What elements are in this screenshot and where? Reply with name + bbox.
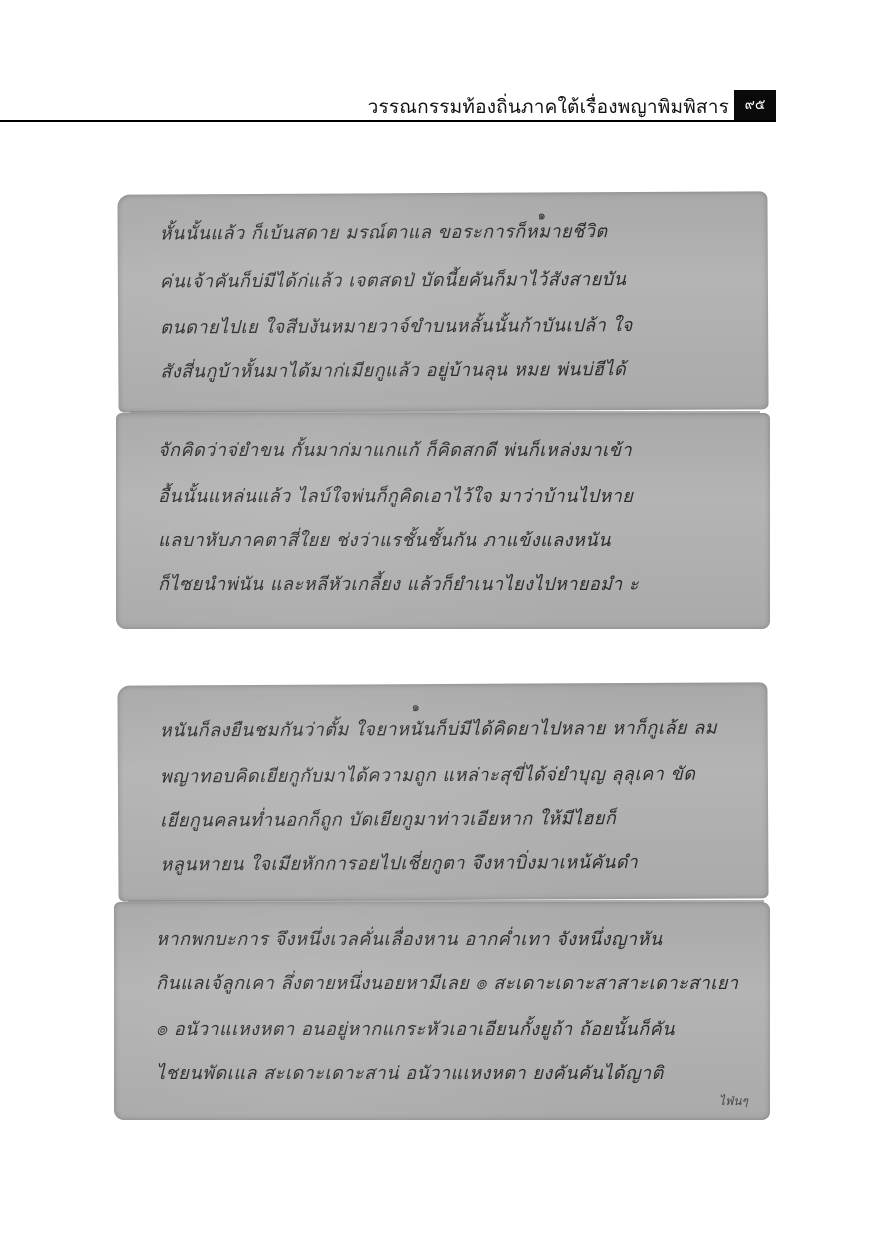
manuscript-line: ตนดายไปเย ใจสีบงันหมายวาจ์ขำบนหลั้นนั้นก… bbox=[160, 309, 738, 346]
manuscript-line: แลบาหับภาคตาสี่ใยย ช่งว่าแรชั้นชั้นกัน ภ… bbox=[158, 525, 740, 559]
header-rule bbox=[0, 120, 776, 122]
manuscript-photo-1: ๑ หั้นนั้นแล้ว ก็เบ้นสดาย มรณ์ตาแล ขอระก… bbox=[116, 193, 772, 633]
page-number-badge: ๙๕ bbox=[734, 90, 776, 121]
manuscript-line: อื้นนั้นแหล่นแล้ว ไลบ์ใจพ่นก็กูคิดเอาไว้… bbox=[158, 481, 740, 515]
manuscript-line: หลูนหายน ใจเมียหักการอยไปเชี่ยกูตา จึงหา… bbox=[160, 846, 738, 883]
manuscript-line: ค่นเจ้าคันก็บ่มีได้ก่แล้ว เจตสดป่ บัดนี้… bbox=[160, 263, 738, 300]
manuscript-1-lower-panel: จักคิดว่าจ่ยำขน กั้นมาก่มาแกแก้ ก็คิดสกด… bbox=[116, 413, 770, 629]
manuscript-line: หั้นนั้นแล้ว ก็เบ้นสดาย มรณ์ตาแล ขอระการ… bbox=[160, 215, 738, 252]
corner-annotation: ไฟ่นๆ bbox=[719, 1092, 748, 1111]
manuscript-line: เยียกูนคลนท่ำนอกก็ถูก บัดเยียกูมาท่าวเอี… bbox=[160, 802, 738, 839]
folio-mark: ๑ bbox=[411, 696, 419, 717]
folio-mark: ๑ bbox=[537, 204, 545, 225]
manuscript-line: หนันก็ลงยืนชมกันว่าตั้ม ใจยาหนันก็บ่มีได… bbox=[160, 712, 738, 749]
manuscript-line: จักคิดว่าจ่ยำขน กั้นมาก่มาแกแก้ ก็คิดสกด… bbox=[158, 435, 740, 469]
manuscript-line: ไชยนพัดเแล สะเดาะเดาะสาน่ อนัวาแเหงหตา ย… bbox=[156, 1058, 740, 1092]
manuscript-line: สังสี่นกูบ้าหั้นมาได้มาก่เมียกูแล้ว อยู่… bbox=[160, 353, 738, 390]
manuscript-line: กินแลเจ้ลูกเคา ลึ่งตายหนึ่งนอยหามีเลย ๏ … bbox=[156, 968, 740, 1002]
manuscript-photo-2: ๑ หนันก็ลงยืนชมกันว่าตั้ม ใจยาหนันก็บ่มี… bbox=[114, 684, 774, 1124]
manuscript-line: ๏ อนัวาแเหงหตา อนอยู่หากแกระหัวเอาเอียนก… bbox=[156, 1014, 740, 1048]
manuscript-line: พญาทอบคิดเยียกูกับมาได้ความถูก แหล่าะสุข… bbox=[160, 758, 738, 795]
running-header-title: วรรณกรรมท้องถิ่นภาคใต้เรื่องพญาพิมพิสาร bbox=[368, 92, 729, 122]
manuscript-2-lower-panel: หากพกบะการ จึงหนึ่งเวลคั่นเลื่องหาน อากค… bbox=[114, 902, 770, 1120]
manuscript-line: หากพกบะการ จึงหนึ่งเวลคั่นเลื่องหาน อากค… bbox=[156, 924, 740, 958]
manuscript-2-upper-panel: ๑ หนันก็ลงยืนชมกันว่าตั้ม ใจยาหนันก็บ่มี… bbox=[117, 682, 768, 901]
manuscript-line: ก็ไซยนำพ่นัน และหลีหัวเกลี้ยง แล้วก็ยำเน… bbox=[158, 569, 740, 603]
manuscript-1-upper-panel: ๑ หั้นนั้นแล้ว ก็เบ้นสดาย มรณ์ตาแล ขอระก… bbox=[117, 191, 768, 412]
